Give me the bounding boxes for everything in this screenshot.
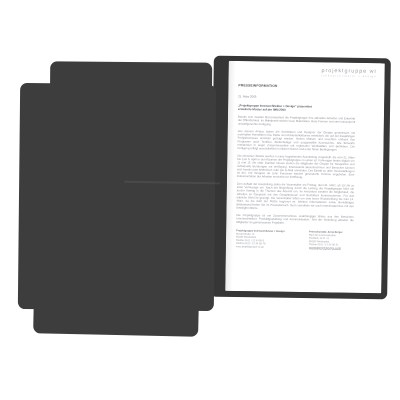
paragraph-3: Die einzelnen Stücke werden in einer beg… [237, 154, 355, 180]
paragraph-1: Bereits zum zweiten Mal präsentiert die … [238, 115, 355, 127]
open-folder-cover-frame: projektgruppe wi innenarchitektur + desi… [210, 56, 391, 300]
date-line: 21. März 2003 [238, 95, 376, 100]
folder-crease-line [124, 181, 220, 185]
paragraph-2: Aus diesem Anlass haben die Architekten … [237, 129, 355, 151]
paragraph-4: Zum Auftakt der Ausstellung laden die Ve… [236, 182, 354, 211]
press-heading: PRESSEINFORMATION [238, 84, 376, 90]
footer-left-block: Projektgruppe Innenarchitektur + Design … [236, 229, 309, 249]
release-title: „Projektgruppe Innenarchitektur + Design… [238, 104, 355, 113]
letterhead: projektgruppe wi innenarchitektur + desi… [239, 66, 377, 77]
press-release-document: projektgruppe wi innenarchitektur + desi… [225, 61, 385, 293]
product-photo-background: projektgruppe wi innenarchitektur + desi… [0, 0, 400, 400]
contact-footer: Projektgruppe Innenarchitektur + Design … [236, 229, 374, 250]
logo-tagline: innenarchitektur + design [239, 73, 377, 78]
document-page: projektgruppe wi innenarchitektur + desi… [225, 61, 385, 293]
closed-folder-bottom-flap [33, 248, 200, 336]
footer-email-line: presse@projektgruppe-wi.de [309, 246, 374, 250]
footer-line: www.projektgruppe-wi.de [236, 245, 309, 249]
paragraph-5: Die Projektgruppe ist ein Zusammenschlus… [236, 213, 353, 225]
footer-right-block: Pressekontakt: Anna Berger Büro für Komm… [309, 230, 374, 250]
